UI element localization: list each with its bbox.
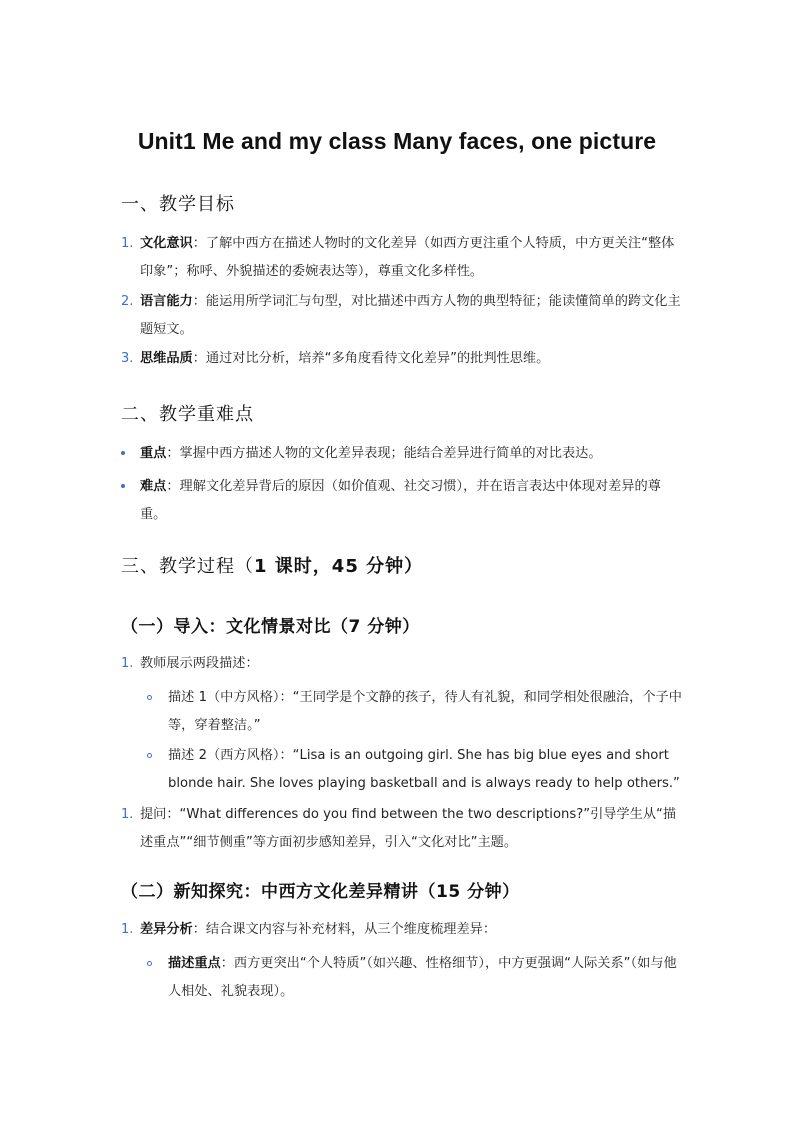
item-label: 语言能力 [140,294,193,309]
item-text: 描述 1（中方风格）：“王同学是个文静的孩子，待人有礼貌，和同学相处很融洽，个子… [147,684,687,740]
document-title: Unit1 Me and my class Many faces, one pi… [0,128,794,155]
item-text: ：了解中西方在描述人物时的文化差异（如西方更注重个人特质，中方更关注“整体印象”… [140,236,674,279]
hollow-bullet-icon [147,961,152,966]
list-number: 1. [121,916,133,944]
list-item: 重点：掌握中西方描述人物的文化差异表现；能结合差异进行简单的对比表达。 [121,440,681,468]
item-label: 差异分析 [140,922,193,937]
sub-list-item: 描述重点：西方更突出“个人特质”（如兴趣、性格细节），中方更强调“人际关系”（如… [147,950,687,1006]
hollow-bullet-icon [147,753,152,758]
list-number: 2. [121,288,133,316]
item-text: ：西方更突出“个人特质”（如兴趣、性格细节），中方更强调“人际关系”（如与他人相… [168,956,677,999]
list-item: 难点：理解文化差异背后的原因（如价值观、社交习惯），并在语言表达中体现对差异的尊… [121,473,681,529]
list-item: 1. 文化意识：了解中西方在描述人物时的文化差异（如西方更注重个人特质，中方更关… [121,230,681,286]
sub-list-item: 描述 1（中方风格）：“王同学是个文静的孩子，待人有礼貌，和同学相处很融洽，个子… [147,684,687,740]
heading-prefix: 三、教学过程（ [121,556,254,577]
heading-bold: 1 课时，45 分钟） [254,556,423,577]
list-number: 1. [121,230,133,258]
list-number: 1. [121,650,133,678]
item-text: 描述 2（西方风格）：“Lisa is an outgoing girl. Sh… [147,742,687,798]
bullet-icon [121,451,125,455]
item-text: ：掌握中西方描述人物的文化差异表现；能结合差异进行简单的对比表达。 [166,446,601,461]
item-text: ：通过对比分析，培养“多角度看待文化差异”的批判性思维。 [193,351,550,366]
item-label: 文化意识 [140,236,193,251]
subsection-heading-explore: （二）新知探究：中西方文化差异精讲（15 分钟） [121,877,520,902]
bullet-icon [121,484,125,488]
list-item: 3. 思维品质：通过对比分析，培养“多角度看待文化差异”的批判性思维。 [121,345,681,373]
list-number: 1. [121,801,133,829]
item-label: 重点 [140,446,166,461]
item-text: 教师展示两段描述： [121,650,681,678]
list-number: 3. [121,345,133,373]
list-item: 1. 差异分析：结合课文内容与补充材料，从三个维度梳理差异： [121,916,681,944]
subsection-heading-intro: （一）导入：文化情景对比（7 分钟） [121,612,420,637]
hollow-bullet-icon [147,695,152,700]
section-heading-objectives: 一、教学目标 [121,190,235,216]
item-text: ：能运用所学词汇与句型，对比描述中西方人物的典型特征；能读懂简单的跨文化主题短文… [140,294,681,337]
item-label: 思维品质 [140,351,193,366]
item-text: ：结合课文内容与补充材料，从三个维度梳理差异： [193,922,496,937]
sub-list-item: 描述 2（西方风格）：“Lisa is an outgoing girl. Sh… [147,742,687,798]
item-label: 难点 [140,479,166,494]
list-item: 1. 提问：“What differences do you find betw… [121,801,681,857]
item-text: ：理解文化差异背后的原因（如价值观、社交习惯），并在语言表达中体现对差异的尊重。 [140,479,661,522]
document-page: Unit1 Me and my class Many faces, one pi… [0,0,794,1123]
list-item: 1. 教师展示两段描述： [121,650,681,678]
item-text: 提问：“What differences do you find between… [121,801,681,857]
list-item: 2. 语言能力：能运用所学词汇与句型，对比描述中西方人物的典型特征；能读懂简单的… [121,288,681,344]
item-label: 描述重点 [168,956,221,971]
section-heading-key-points: 二、教学重难点 [121,400,254,426]
section-heading-process: 三、教学过程（1 课时，45 分钟） [121,552,423,578]
